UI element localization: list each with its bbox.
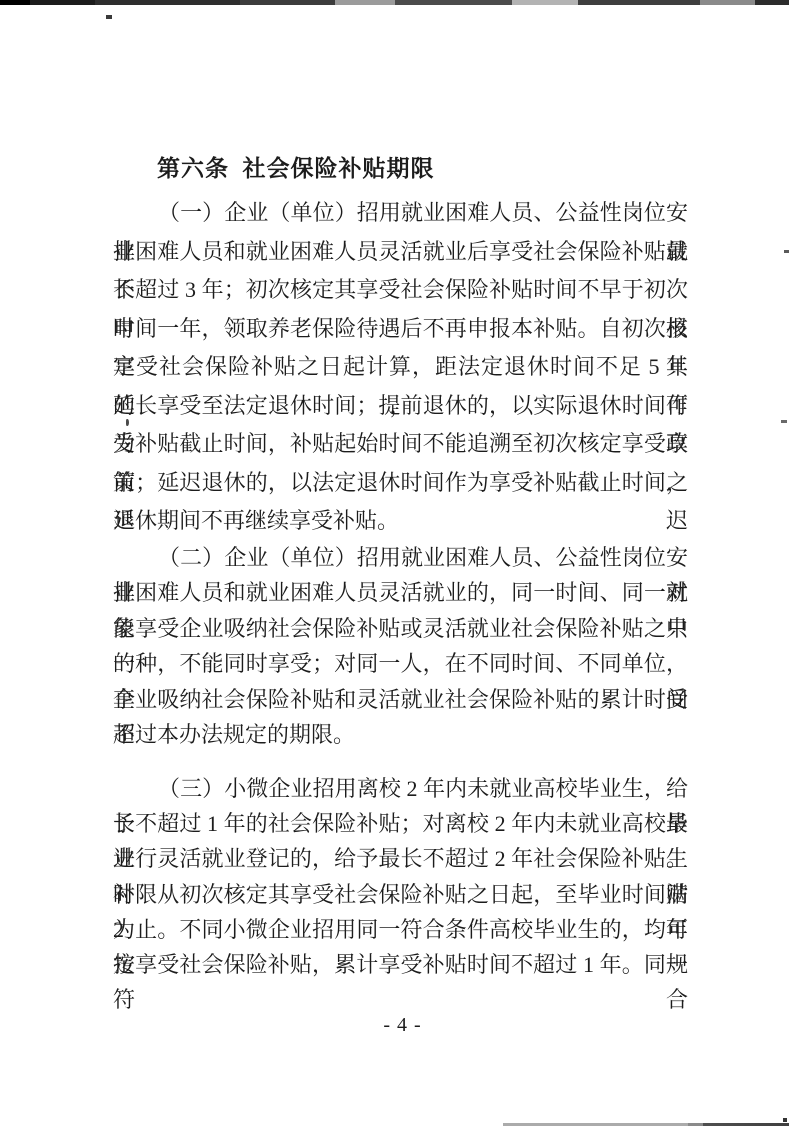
section-heading: 第六条 社会保险补贴期限 <box>113 154 688 184</box>
scan-artifact-speck <box>784 250 789 253</box>
text-line: 定享受社会保险补贴，累计享受补贴时间不超过 1 年。同一符合 <box>113 947 688 982</box>
text-line: 受补贴截止时间，补贴起始时间不能追溯至初次核定享受政策之 <box>113 425 688 464</box>
scan-artifact-speck <box>781 420 787 423</box>
text-line: （二）企业（单位）招用就业困难人员、公益性岗位安排就 <box>113 540 688 575</box>
paragraph-1: （一）企业（单位）招用就业困难人员、公益性岗位安排就 业困难人员和就业困难人员灵… <box>113 194 688 541</box>
text-line: 为止。不同小微企业招用同一符合条件高校毕业生的，均可按规 <box>113 912 688 947</box>
text-line: 延长享受至法定退休时间；提前退休的，以实际退休时间作为享 <box>113 387 688 426</box>
text-line: 进行灵活就业登记的，给予最长不超过 2 年社会保险补贴。补贴 <box>113 841 688 876</box>
text-line: 长不超过 1 年的社会保险补贴；对离校 2 年内未就业高校毕业生 <box>113 806 688 841</box>
text-line: （三）小微企业招用离校 2 年内未就业高校毕业生，给予最 <box>113 771 688 806</box>
document-page: 第六条 社会保险补贴期限 （一）企业（单位）招用就业困难人员、公益性岗位安排就 … <box>0 0 789 1127</box>
text-line: 不超过 3 年；初次核定其享受社会保险补贴时间不早于初次申报 <box>113 271 688 310</box>
text-line: （一）企业（单位）招用就业困难人员、公益性岗位安排就 <box>113 194 688 233</box>
paragraph-3: （三）小微企业招用离校 2 年内未就业高校毕业生，给予最 长不超过 1 年的社会… <box>113 771 688 982</box>
text-line: 超过本办法规定的期限。 <box>113 717 688 752</box>
text-line: 时限从初次核定其享受社会保险补贴之日起，至毕业时间满 2 年 <box>113 877 688 912</box>
text-line: 一种，不能同时享受；对同一人，在不同时间、不同单位，享受 <box>113 646 688 681</box>
text-line: 企业吸纳社会保险补贴和灵活就业社会保险补贴的累计时间不 <box>113 682 688 717</box>
scan-artifact-bottom-bar <box>503 1123 789 1126</box>
page-number: - 4 - <box>0 1013 789 1037</box>
text-line: 业困难人员和就业困难人员灵活就业的，同一时间、同一对象只 <box>113 575 688 610</box>
paragraph-2: （二）企业（单位）招用就业困难人员、公益性岗位安排就 业困难人员和就业困难人员灵… <box>113 540 688 752</box>
text-line: 业困难人员和就业困难人员灵活就业后享受社会保险补贴最长 <box>113 233 688 272</box>
scan-artifact-speck <box>783 1118 787 1122</box>
scan-artifact-speck <box>106 15 112 19</box>
text-line: 享受社会保险补贴之日起计算，距法定退休时间不足 5 年的，可 <box>113 348 688 387</box>
scan-artifact-top-bar <box>0 0 789 5</box>
text-line: 能享受企业吸纳社会保险补贴或灵活就业社会保险补贴之中的 <box>113 611 688 646</box>
text-line: 前；延迟退休的，以法定退休时间作为享受补贴截止时间，延迟 <box>113 464 688 503</box>
text-line: 时间一年，领取养老保险待遇后不再申报本补贴。自初次核定其 <box>113 310 688 349</box>
